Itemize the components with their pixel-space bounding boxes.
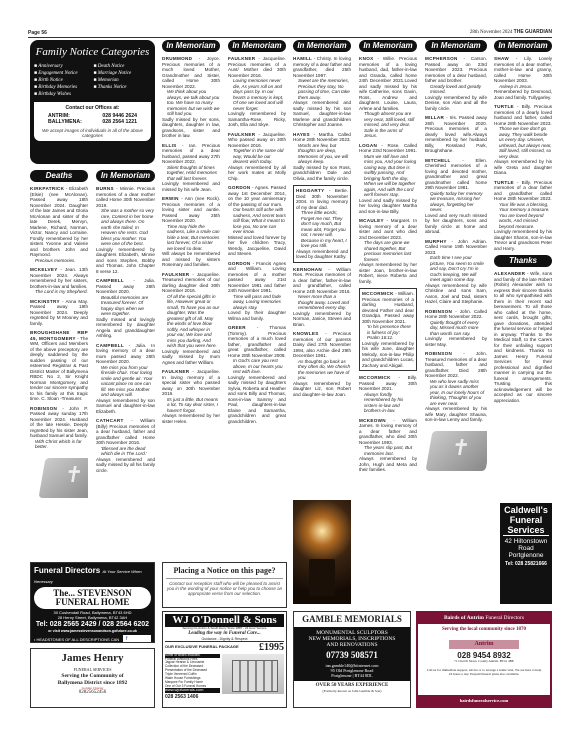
notice: CAMPBELL - Julia. Passed away 28th Novem…	[96, 278, 155, 339]
notice: BROUGHSHANE RBP 45, MONTGOMERY - The WM,…	[30, 330, 88, 402]
notice: ROBINSON - John. Called Home 28th Novemb…	[425, 309, 487, 348]
notice: KNOWLES - Precious memories of our paren…	[293, 331, 351, 397]
category-item: Birth Notice	[34, 78, 92, 84]
section-memoriam: In Memoriam	[494, 40, 552, 52]
candle-photo	[293, 500, 351, 604]
category-item: Birthday Memories	[34, 85, 92, 91]
family-notice-categories: Family Notice Categories AnniversaryDeat…	[30, 40, 155, 164]
facebook-icon[interactable]: f Facebook	[123, 635, 151, 643]
notice: GORDON - Agnes. Passed away 1st December…	[228, 185, 286, 257]
notice: MCCORMICK - Billy. Passed away 30th Nove…	[359, 375, 417, 414]
notice: KIRKPATRICK - Elizabeth (Elsie) (nee McA…	[30, 186, 88, 263]
placing-notice-box: Placing a Notice on this page? Contact o…	[162, 562, 287, 608]
notice: ROBINSON - John. Treasured memories of a…	[425, 351, 487, 423]
notice: TURTLE - Billy. Precious memories of a d…	[494, 180, 552, 252]
column-deaths: Deaths KIRKPATRICK - Elizabeth (Elsie) (…	[30, 170, 88, 560]
antrim-label: Antrim	[449, 640, 519, 649]
stevenson-website[interactable]: or visit www.jamesstevensonandson.gofutu…	[34, 629, 151, 633]
bairds-website[interactable]: bairdsfuneralservice.com	[418, 695, 550, 706]
notice: MCKEOWN - William James. In loving memor…	[359, 418, 417, 473]
notice: ERWIN - Ann (nee Rock). Precious memorie…	[162, 196, 220, 268]
section-memoriam: In Memoriam	[228, 40, 286, 52]
notice: MCKELVEY - Jean. 13th November 2024. Alw…	[30, 267, 88, 295]
issue-date: 28th November 2024 THE GUARDIAN	[470, 29, 552, 36]
notice: TURTLE - Billy. Precious memories of a d…	[494, 104, 552, 176]
notice: CAMPBELL - Julia. In loving memory of a …	[96, 343, 155, 415]
notice: MURPHY - John Adrian. Called Home 19th N…	[425, 239, 487, 305]
category-item: Birthday Wishes	[34, 92, 92, 98]
funeral-home-photo	[222, 654, 284, 694]
ad-james-henry[interactable]: James Henry FUNERAL SERVICES Serving the…	[30, 648, 155, 708]
notice: HAMILL - Christy. In loving memory of a …	[293, 56, 351, 128]
notice: KNOX - Willie. Precious memories of a lo…	[359, 56, 417, 139]
ad-gamble-memorials[interactable]: GAMBLE MEMORIALS MONUMENTAL SCULPTORS NE…	[293, 611, 411, 708]
section-thanks: Thanks	[494, 255, 552, 267]
notice: CATHCART - William (Billy) Precious memo…	[96, 418, 155, 473]
notice: MCKINSTRY - Anna May. Passed away 19th N…	[30, 299, 88, 327]
category-item: Memorian	[94, 78, 152, 84]
column-memoriam-2: In Memoriam BURNS - Minnie. Precious mem…	[96, 170, 155, 560]
column-memoriam-7: In Memoriam MCPHERSON - Carson. Passed a…	[425, 40, 487, 605]
ad-stevenson-funeral-home[interactable]: Funeral Directors At Your Service When N…	[30, 562, 155, 643]
package-item: www.wjofunerals.com	[165, 688, 220, 693]
notice: GREER - Thomas (Tommy). Precious memorie…	[228, 325, 286, 424]
notice: HEGGARTY - Bertie. Died 30th November 20…	[293, 185, 351, 263]
notice: ELLIS - Ian. Precious memories of a dear…	[162, 143, 220, 193]
notice: FAULKNER - Jacqueline. Who passed away o…	[228, 132, 286, 182]
notice: MCPHERSON - Carson. Passed away on 23rd …	[425, 56, 487, 111]
notice: FAULKNER - Jacqueline. Precious memories…	[228, 56, 286, 128]
package-price: £1995	[259, 642, 284, 654]
ad-caldwells[interactable]: Caldwell's Funeral Services 42 Hiltonsto…	[500, 503, 552, 604]
notice: DRUMMOND - Joyce. Precious memories of a…	[162, 56, 220, 139]
category-item: Anniversary	[34, 64, 92, 70]
notice: HAYES - Martha. Called Home 28th Novembe…	[293, 132, 351, 182]
notice: ROBINSON - John P. Passed away sunday 17…	[30, 406, 88, 450]
categories-title: Family Notice Categories	[34, 46, 151, 59]
stevenson-phone: Tel: 028 2565 2429 / 028 2564 6202	[34, 621, 151, 629]
notice: GORDON - Francis Agnes and William. Lovi…	[228, 261, 286, 322]
notice: LOGAN - Rose. Called Home 23rd November …	[359, 143, 417, 215]
bible-icon	[425, 431, 487, 471]
category-item: Engagement Notice	[34, 71, 92, 77]
section-memoriam: In Memoriam	[359, 40, 417, 52]
notice: MCCORMICK - William. Precious memories o…	[359, 288, 417, 371]
bible-icon	[38, 458, 88, 498]
section-memoriam: In Memoriam	[96, 170, 155, 182]
category-item: Death Notice	[94, 64, 152, 70]
column-memoriam-8: In Memoriam SHAW - Lily. Lovely memories…	[494, 40, 552, 500]
section-memoriam: In Memoriam	[162, 40, 220, 52]
category-list: AnniversaryDeath NoticeEngagement Notice…	[34, 64, 151, 98]
column-memoriam-3: In Memoriam DRUMMOND - Joyce. Precious m…	[162, 40, 220, 560]
page-number: Page 56	[28, 30, 47, 36]
section-memoriam: In Memoriam	[293, 40, 351, 52]
category-item: Thanks Notice	[94, 85, 152, 91]
section-deaths: Deaths	[30, 170, 88, 182]
notice: MILLAR - Iris. Passed away 26th November…	[425, 115, 487, 154]
contact-offices: Contact our Offices at: ANTRIM:028 9446 …	[34, 102, 151, 141]
notice: MCAULEY - Margaret. In loving memory of …	[359, 218, 417, 284]
page-header: Page 56 28th November 2024 THE GUARDIAN	[28, 30, 552, 38]
notice: FAULKNER - Jacqueline. In loving memory …	[162, 369, 220, 424]
office-ballymena: BALLYMENA:028 2564 1221	[42, 119, 143, 125]
ad-bairds-of-antrim[interactable]: Bairds of Antrim Funeral Directors Servi…	[416, 611, 552, 708]
notice: FAULKNER - Jacqueline. Treasured memorie…	[162, 272, 220, 366]
notice: KERNOHAN - William Ries. Precious memori…	[293, 267, 351, 328]
category-item: Marriage Notice	[94, 71, 152, 77]
notice: SHAW - Lily. Lovely memories of a dear m…	[494, 56, 552, 100]
column-memoriam-5: In Memoriam HAMILL - Christy. In loving …	[293, 40, 351, 495]
ad-wj-odonnell[interactable]: WJ O'Donnell & Sons Serving Co.Antrim & …	[162, 611, 287, 708]
notice: MITCHELL - Ellen. Cherished memories of …	[425, 158, 487, 235]
column-memoriam-4: In Memoriam FAULKNER - Jacqueline. Preci…	[228, 40, 286, 560]
column-memoriam-6: In Memoriam KNOX - Willie. Precious memo…	[359, 40, 417, 605]
thanks-notice: ALEXANDER - Wife, sons and family of the…	[494, 271, 552, 403]
package-items: Some of what's included:Funeral Director…	[165, 654, 220, 694]
section-memoriam: In Memoriam	[425, 40, 487, 52]
notice: BURNS - Minnie. Precious memories of a d…	[96, 186, 155, 274]
